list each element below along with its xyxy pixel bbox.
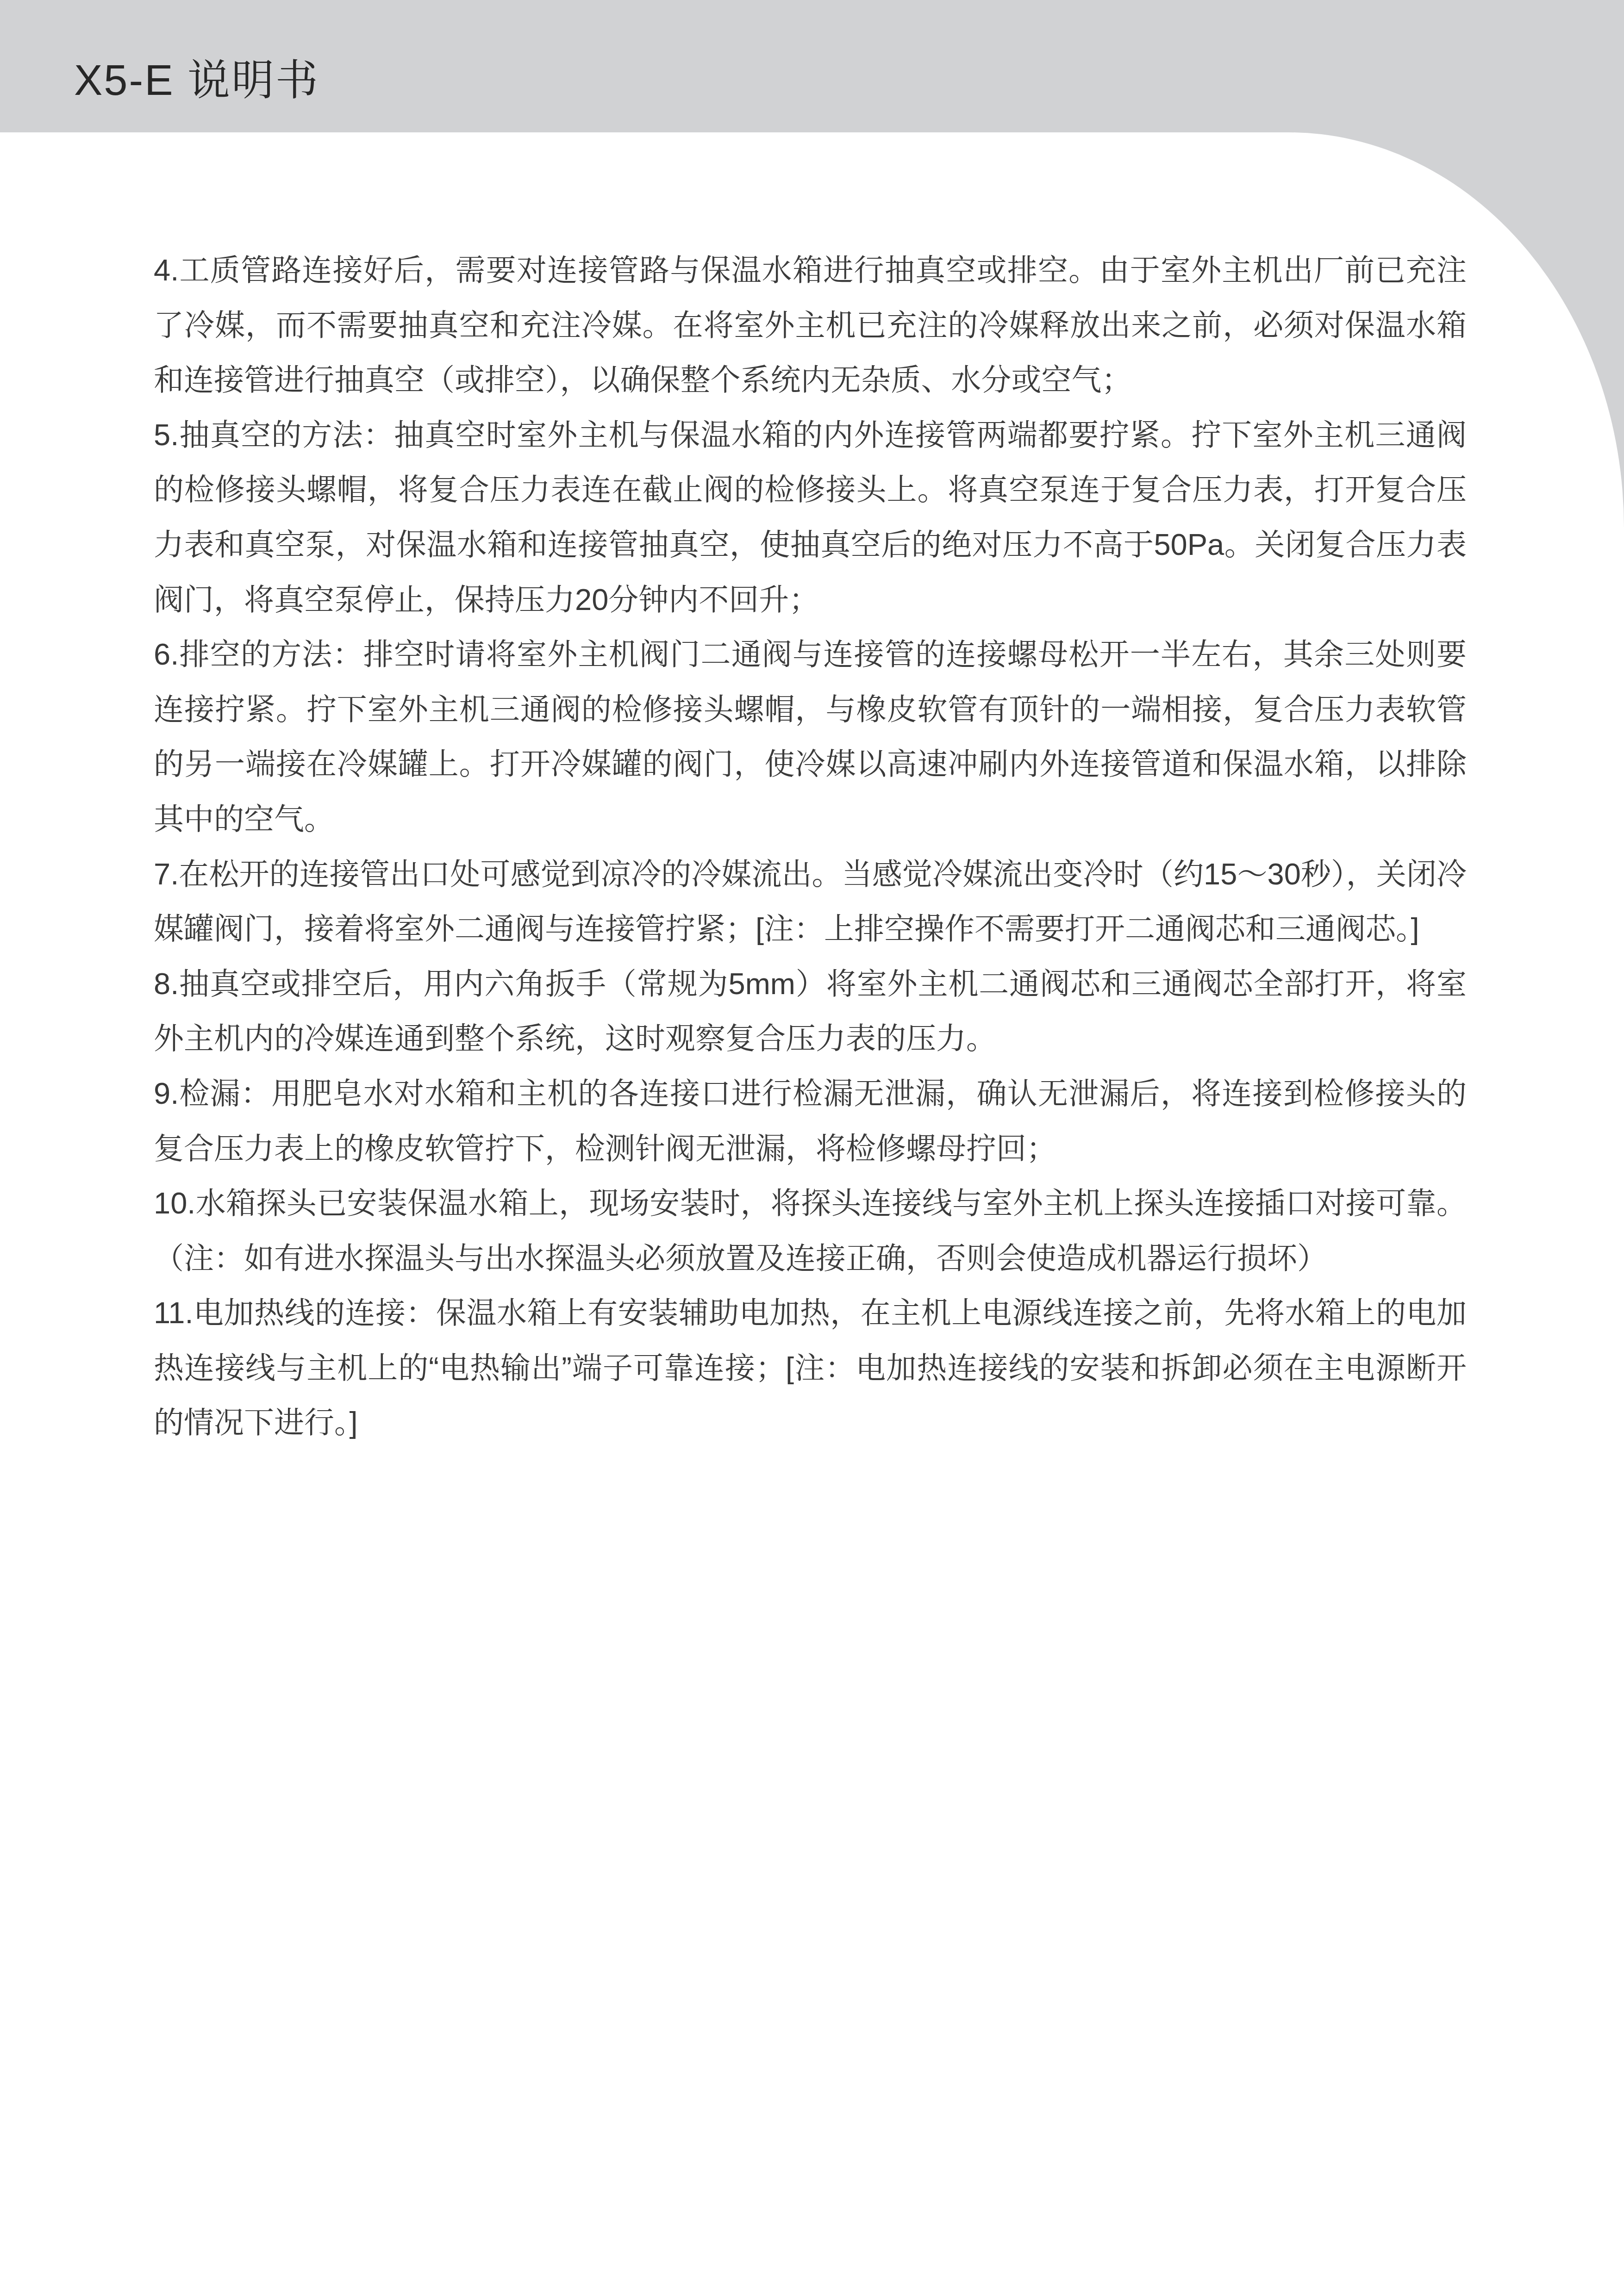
paragraph: 4.工质管路连接好后，需要对连接管路与保温水箱进行抽真空或排空。由于室外主机出厂… <box>154 243 1467 408</box>
paragraph: 6.排空的方法：排空时请将室外主机阀门二通阀与连接管的连接螺母松开一半左右，其余… <box>154 627 1467 846</box>
paragraph: 7.在松开的连接管出口处可感觉到凉冷的冷媒流出。当感觉冷媒流出变冷时（约15～3… <box>154 847 1467 957</box>
manual-page: X5-E 说明书 4.工质管路连接好后，需要对连接管路与保温水箱进行抽真空或排空… <box>0 0 1624 2296</box>
manual-instructions: 4.工质管路连接好后，需要对连接管路与保温水箱进行抽真空或排空。由于室外主机出厂… <box>154 243 1467 1450</box>
paragraph: 11.电加热线的连接：保温水箱上有安装辅助电加热，在主机上电源线连接之前，先将水… <box>154 1286 1467 1450</box>
paragraph: 9.检漏：用肥皂水对水箱和主机的各连接口进行检漏无泄漏，确认无泄漏后，将连接到检… <box>154 1066 1467 1176</box>
paragraph: 5.抽真空的方法：抽真空时室外主机与保温水箱的内外连接管两端都要拧紧。拧下室外主… <box>154 408 1467 627</box>
paragraph: 10.水箱探头已安装保温水箱上，现场安装时，将探头连接线与室外主机上探头连接插口… <box>154 1176 1467 1286</box>
paragraph: 8.抽真空或排空后，用内六角扳手（常规为5mm）将室外主机二通阀芯和三通阀芯全部… <box>154 957 1467 1066</box>
page-title: X5-E 说明书 <box>74 59 319 102</box>
